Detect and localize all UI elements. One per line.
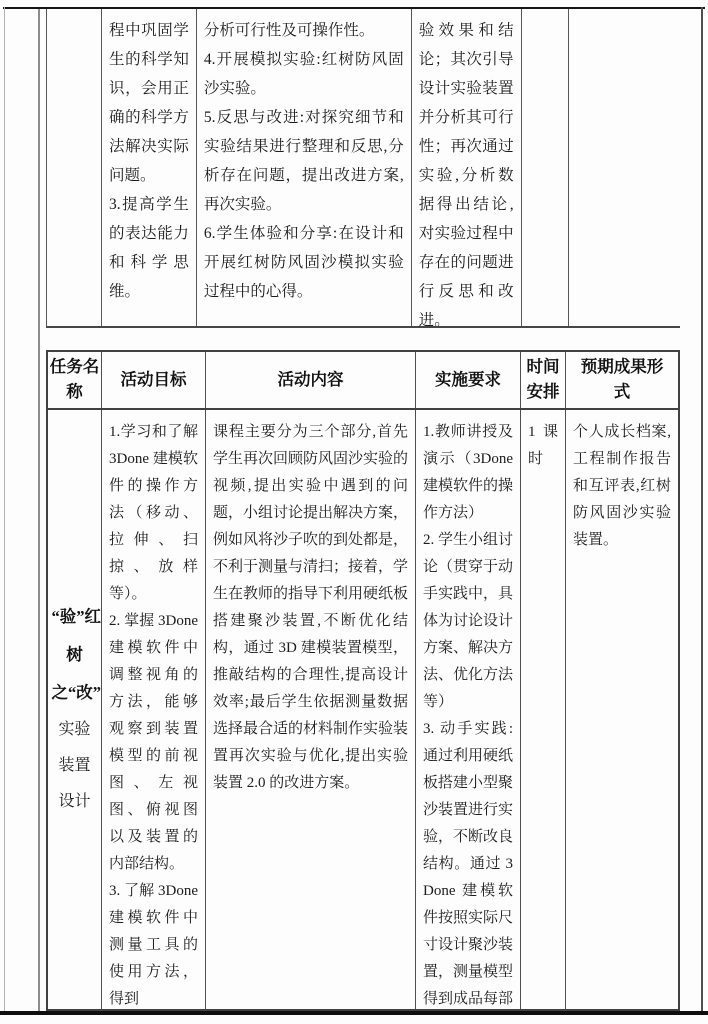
page-border-right — [701, 7, 703, 1013]
cell-activity-goal: 1.学习和了解 3Done 建模软件的操作方法（移动、拉伸、扫掠、放样等）。 2… — [102, 410, 206, 1009]
cell-outcome: 个人成长档案,工程制作报告和互评表,红树防风固沙实验装置。 — [566, 410, 678, 1009]
document-page: 程中巩固学生的科学知识，会用正确的科学方法解决实际问题。 3.提高学生的表达能力… — [0, 0, 708, 1024]
header-task-name-label: 任务名称 — [48, 355, 101, 405]
header-time-label: 时间安排 — [521, 355, 565, 405]
task-name-bold-text: “验”红树之“改” — [52, 598, 98, 712]
cont-cell-task-name — [47, 9, 102, 326]
header-activity-content-label: 活动内容 — [278, 368, 344, 393]
cont-cell-implementation: 验效果和结论；其次引导设计实验装置并分析其可行性；再次通过实验,分析数据得出结论… — [412, 9, 522, 326]
table-continuation: 程中巩固学生的科学知识，会用正确的科学方法解决实际问题。 3.提高学生的表达能力… — [46, 9, 680, 328]
header-outcome: 预期成果形式 — [566, 352, 678, 408]
page-border-left — [4, 7, 5, 1013]
cont-cell-time — [522, 9, 569, 326]
cont-cell-activity-goal: 程中巩固学生的科学知识，会用正确的科学方法解决实际问题。 3.提高学生的表达能力… — [102, 9, 197, 326]
cell-implementation: 1.教师讲授及演示（3Done 建模软件的操作方法） 2. 学生小组讨论（贯穿于… — [416, 410, 521, 1009]
left-margin-line — [38, 9, 40, 1011]
header-implementation-label: 实施要求 — [435, 368, 501, 393]
task-table: 任务名称 活动目标 活动内容 实施要求 时间安排 预期成果形式 “验”红树之“改… — [46, 350, 680, 1011]
header-activity-goal-label: 活动目标 — [121, 368, 187, 393]
header-outcome-label: 预期成果形式 — [577, 355, 667, 405]
cont-cell-activity-content: 分析可行性及可操作性。 4.开展模拟实验:红树防风固沙实验。 5.反思与改进:对… — [197, 9, 412, 326]
page-border-bottom — [0, 1011, 708, 1015]
task-table-data-row: “验”红树之“改” 实验装置设计 1.学习和了解 3Done 建模软件的操作方法… — [48, 410, 678, 1009]
cont-cell-outcome — [569, 9, 680, 326]
cell-time: 1 课时 — [521, 410, 566, 1009]
header-activity-content: 活动内容 — [206, 352, 416, 408]
cell-activity-content: 课程主要分为三个部分,首先学生再次回顾防风固沙实验的视频,提出实验中遇到的问题，… — [206, 410, 416, 1009]
header-activity-goal: 活动目标 — [102, 352, 206, 408]
header-implementation: 实施要求 — [416, 352, 521, 408]
header-task-name: 任务名称 — [48, 352, 102, 408]
task-table-header-row: 任务名称 活动目标 活动内容 实施要求 时间安排 预期成果形式 — [48, 352, 678, 410]
header-time: 时间安排 — [521, 352, 566, 408]
cell-task-name: “验”红树之“改” 实验装置设计 — [48, 410, 102, 1009]
task-name-regular-text: 实验装置设计 — [56, 712, 94, 820]
